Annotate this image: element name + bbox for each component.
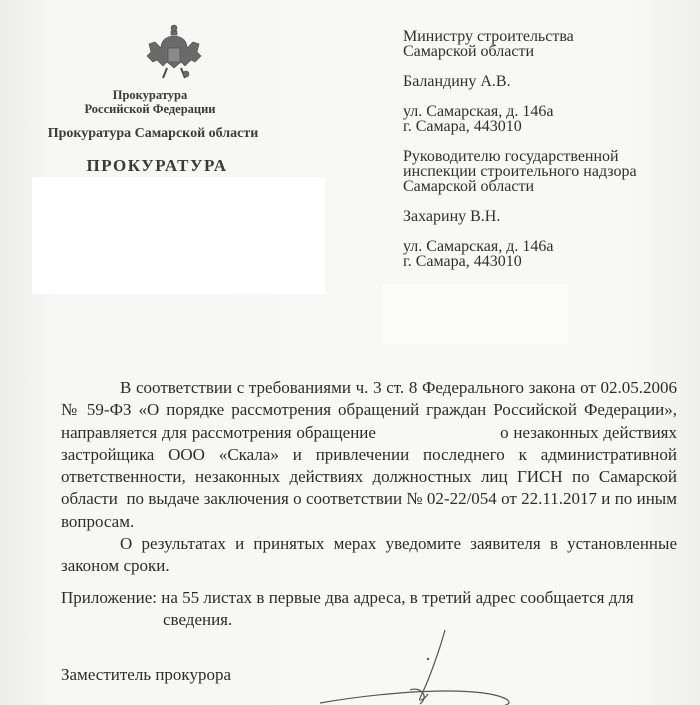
text-line: г. Самара, 443010 — [403, 119, 637, 134]
text-line: Министру строительства — [403, 29, 637, 44]
handwritten-signature-icon — [320, 628, 560, 705]
recipient-1-name: Баландину А.В. — [403, 74, 637, 89]
recipient-1-title: Министру строительства Самарской области — [403, 29, 637, 59]
org-caps-title: ПРОКУРАТУРА — [0, 156, 332, 176]
text-line: Самарской области — [403, 44, 637, 59]
coat-of-arms-icon — [143, 22, 205, 84]
attachment-line-1: Приложение: на 55 листах в первые два ад… — [61, 587, 634, 609]
text-line: ул. Самарская, д. 146а — [403, 239, 637, 254]
org-line-1: Прокуратура — [0, 88, 325, 102]
text-line: ул. Самарская, д. 146а — [403, 104, 637, 119]
text-line: Руководителю государственной — [403, 149, 637, 164]
recipient-2-title: Руководителю государственной инспекции с… — [403, 149, 637, 194]
org-name: Прокуратура Российской Федерации — [0, 88, 325, 116]
redacted-block-small — [382, 284, 568, 344]
recipient-1-address: ул. Самарская, д. 146а г. Самара, 443010 — [403, 104, 637, 134]
regional-org-name: Прокуратура Самарской области — [0, 126, 328, 142]
redacted-block — [32, 177, 325, 294]
body-paragraph-1: В соответствии с требованиями ч. 3 ст. 8… — [61, 377, 677, 533]
letter-body: В соответствии с требованиями ч. 3 ст. 8… — [61, 377, 677, 578]
signatory-role: Заместитель прокурора — [61, 665, 231, 685]
body-paragraph-2: О результатах и принятых мерах уведомите… — [61, 533, 677, 578]
attachment-note: Приложение: на 55 листах в первые два ад… — [61, 587, 634, 631]
text-line: Самарской области — [403, 179, 637, 194]
org-line-2: Российской Федерации — [0, 102, 325, 116]
document-page: Прокуратура Российской Федерации Прокура… — [0, 0, 700, 705]
recipient-2-name: Захарину В.Н. — [403, 209, 637, 224]
text-line: инспекции строительного надзора — [403, 164, 637, 179]
recipients-block: Министру строительства Самарской области… — [403, 29, 637, 284]
text-line: г. Самара, 443010 — [403, 254, 637, 269]
recipient-2-address: ул. Самарская, д. 146а г. Самара, 443010 — [403, 239, 637, 269]
